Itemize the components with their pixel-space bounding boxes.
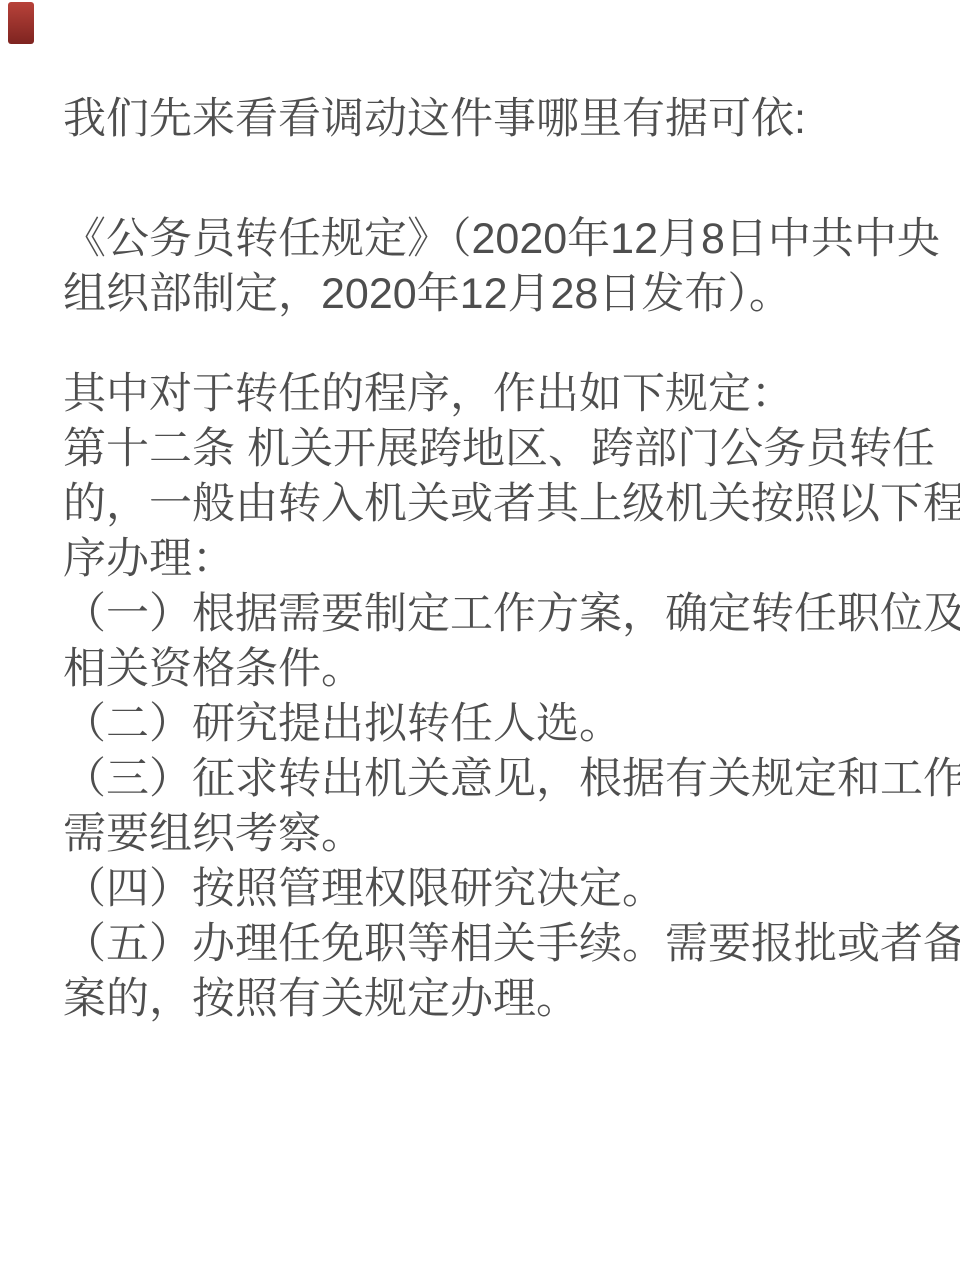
document-page: 我们先来看看调动这件事哪里有据可依:《公务员转任规定》（2020年12月8日中共…	[0, 0, 960, 1280]
text-line: 组织部制定，2020年12月28日发布）。	[63, 267, 923, 322]
document-content: 我们先来看看调动这件事哪里有据可依:《公务员转任规定》（2020年12月8日中共…	[63, 92, 923, 1027]
text-line: 案的，按照有关规定办理。	[63, 972, 923, 1027]
paragraph-intro: 我们先来看看调动这件事哪里有据可依:	[63, 92, 923, 147]
text-line: （四）按照管理权限研究决定。	[63, 862, 923, 917]
text-line: 相关资格条件。	[63, 642, 923, 697]
text-line: 需要组织考察。	[63, 807, 923, 862]
text-line: 第十二条 机关开展跨地区、跨部门公务员转任	[63, 422, 923, 477]
text-line: 我们先来看看调动这件事哪里有据可依:	[63, 92, 923, 147]
paragraph-procedure: 其中对于转任的程序，作出如下规定：第十二条 机关开展跨地区、跨部门公务员转任的，…	[63, 367, 923, 1027]
text-line: 《公务员转任规定》（2020年12月8日中共中央	[63, 212, 923, 267]
text-line: 的，一般由转入机关或者其上级机关按照以下程	[63, 477, 923, 532]
text-line: 序办理：	[63, 532, 923, 587]
text-line: 其中对于转任的程序，作出如下规定：	[63, 367, 923, 422]
red-corner-mark	[8, 2, 34, 44]
text-line: （二）研究提出拟转任人选。	[63, 697, 923, 752]
text-line: （五）办理任免职等相关手续。需要报批或者备	[63, 917, 923, 972]
text-line: （三）征求转出机关意见，根据有关规定和工作	[63, 752, 923, 807]
paragraph-regulation: 《公务员转任规定》（2020年12月8日中共中央组织部制定，2020年12月28…	[63, 212, 923, 322]
text-line: （一）根据需要制定工作方案，确定转任职位及	[63, 587, 923, 642]
